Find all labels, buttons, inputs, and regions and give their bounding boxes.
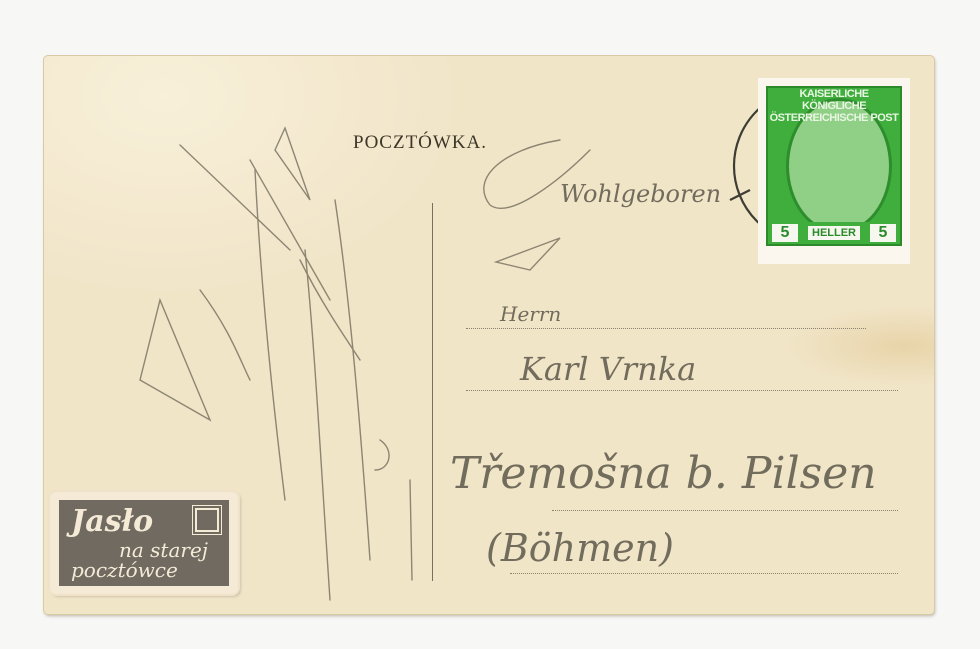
postage-stamp: KAISERLICHE KÖNIGLICHE ÖSTERREICHISCHE P… [758, 78, 910, 264]
watermark-logo: Jasło na starej pocztówce [50, 492, 238, 594]
logo-background: Jasło na starej pocztówce [59, 500, 229, 586]
address-line3-text: Třemošna b. Pilsen [450, 448, 877, 499]
stamp-perforation [758, 78, 910, 264]
address-line-3 [552, 510, 898, 511]
logo-line-1: Jasło [71, 504, 153, 539]
address-line-1 [466, 328, 866, 329]
address-line-4 [510, 573, 898, 574]
logo-stamp-icon [195, 508, 219, 532]
address-line-2 [466, 390, 898, 391]
salutation-text: Wohlgeboren [560, 180, 721, 208]
address-line1-text: Herrn [500, 302, 561, 326]
divider-line [432, 203, 433, 581]
address-line2-text: Karl Vrnka [520, 350, 696, 388]
postcard-heading: POCZTÓWKA. [353, 132, 487, 154]
logo-line-3: pocztówce [71, 558, 178, 582]
address-line4-text: (Böhmen) [486, 526, 674, 570]
